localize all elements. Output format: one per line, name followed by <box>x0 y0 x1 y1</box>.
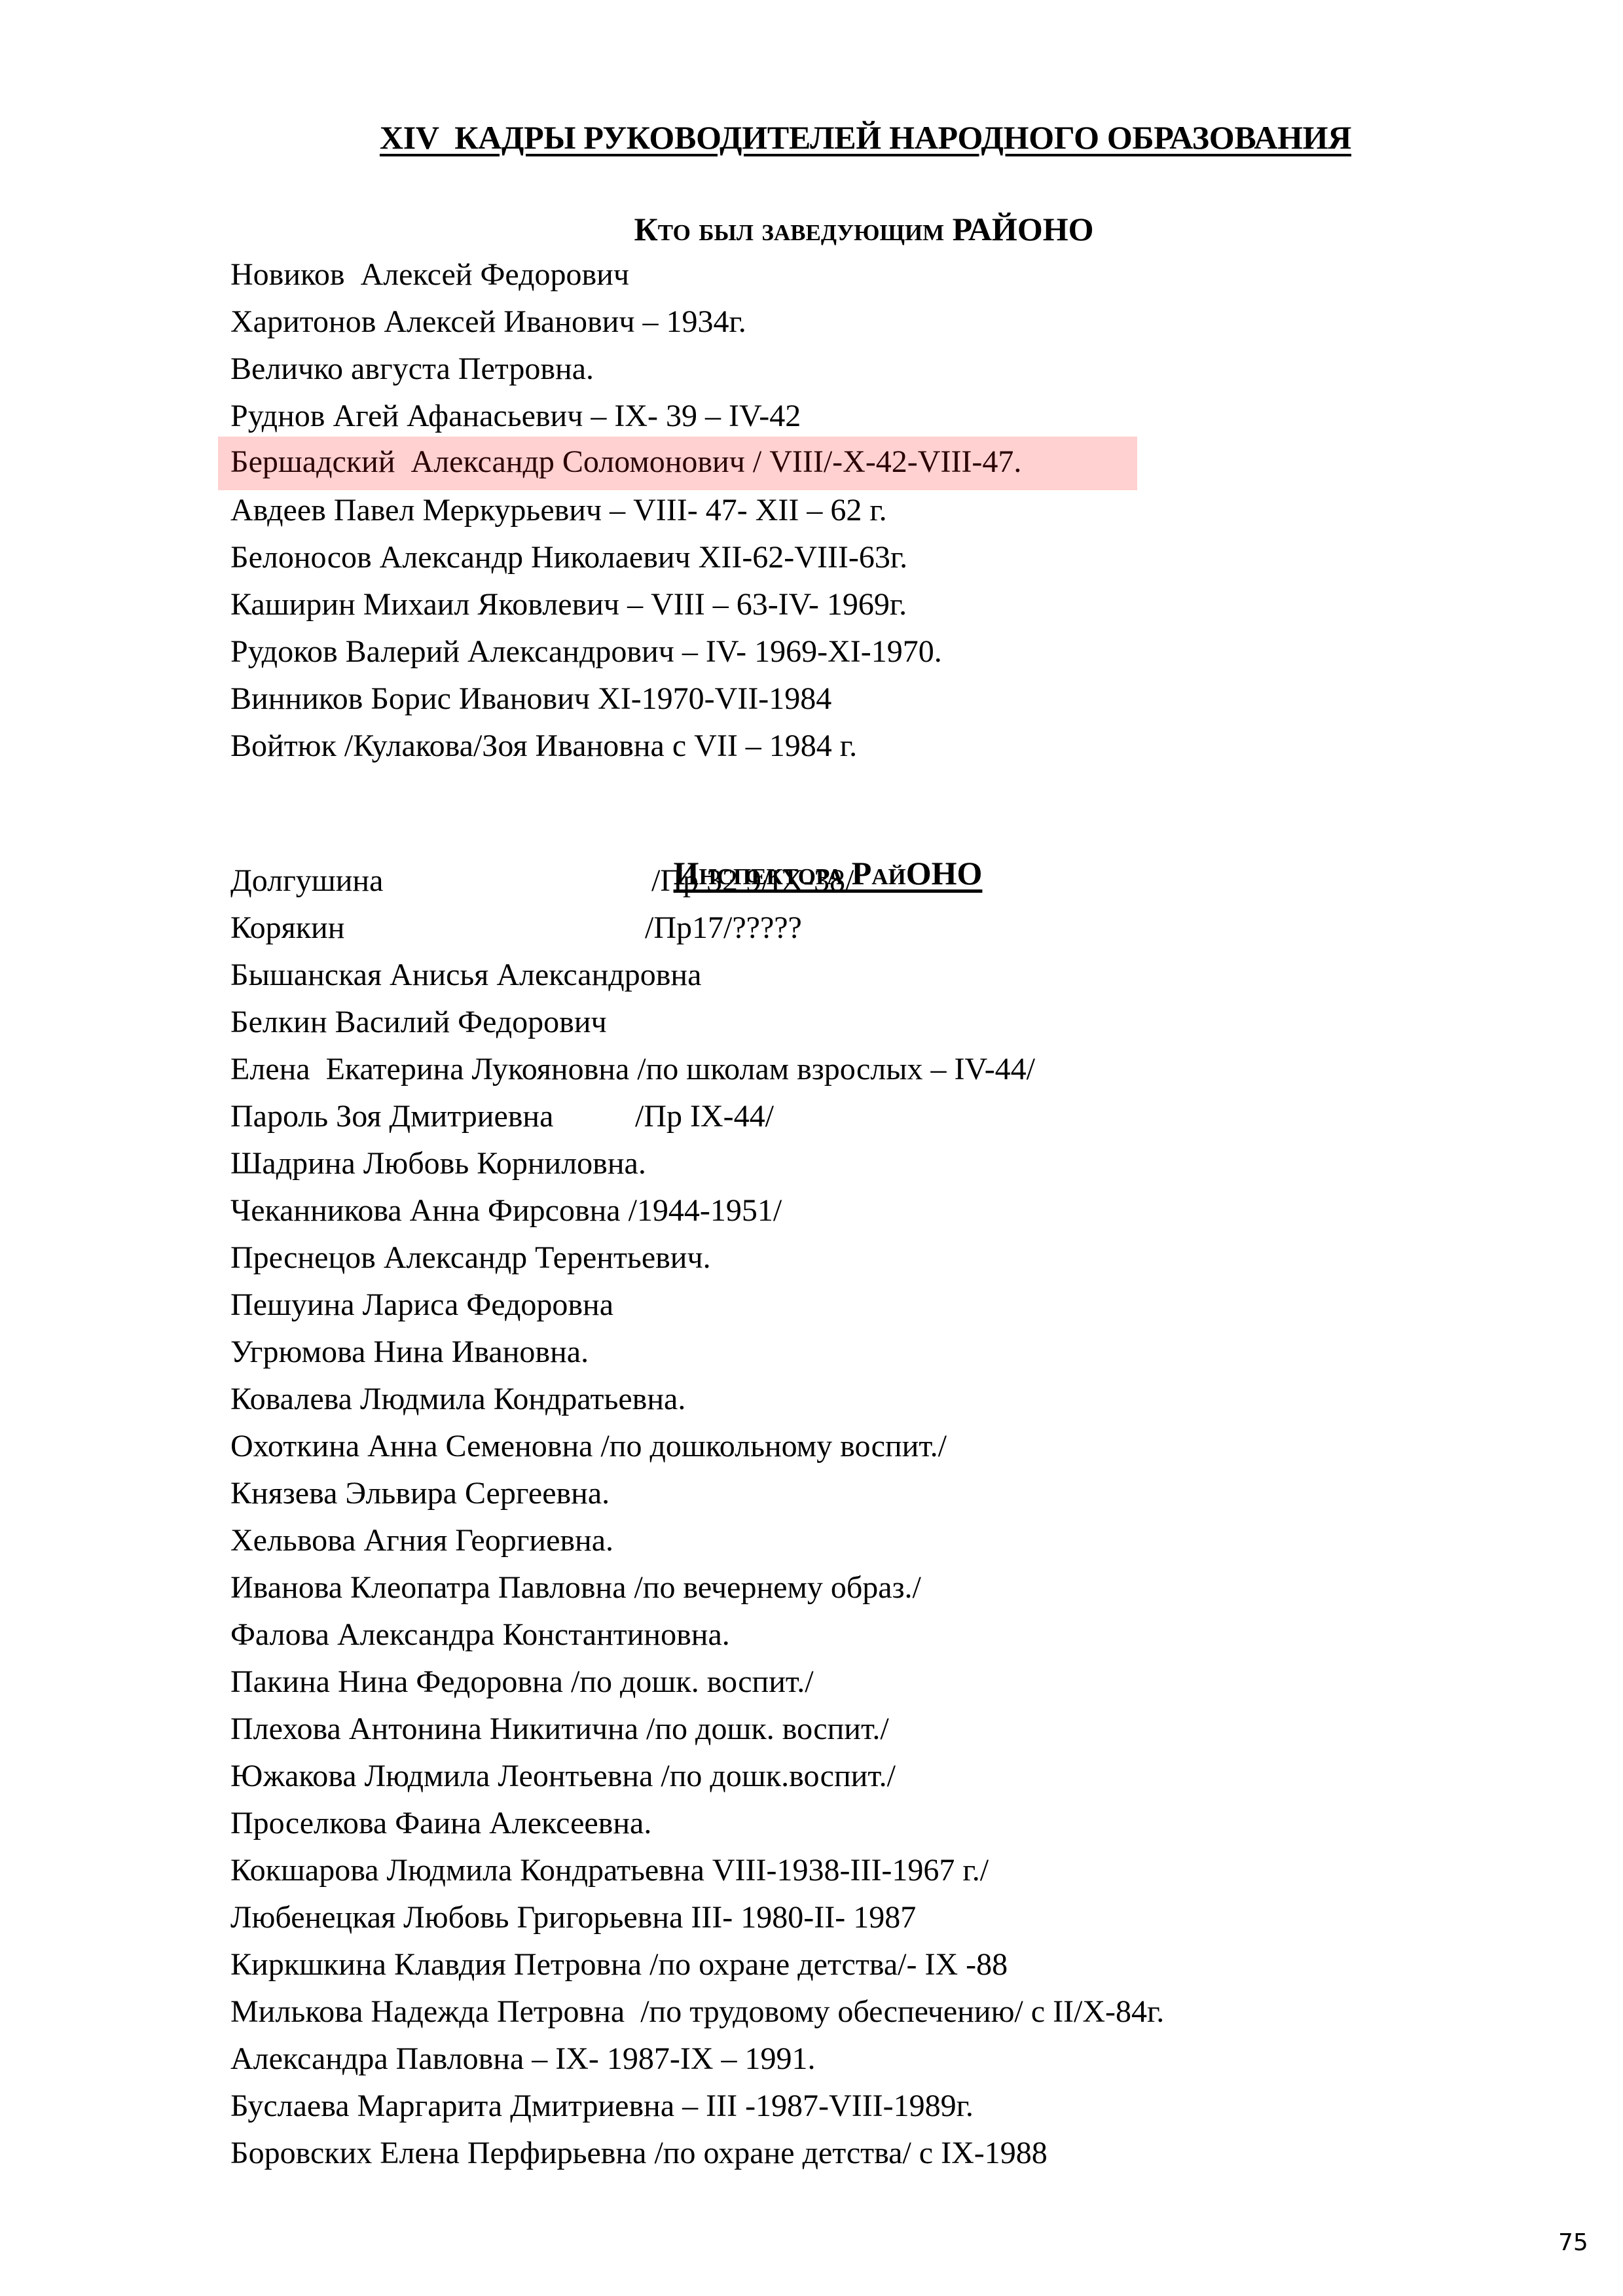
list-item: Угрюмова Нина Ивановна. <box>230 1329 1164 1376</box>
directors-list: Новиков Алексей ФедоровичХаритонов Алекс… <box>230 251 1137 770</box>
list-item: Авдеев Павел Меркурьевич – VIII- 47- XII… <box>230 487 1137 534</box>
order-note: /Пр IX-44/ <box>635 1093 774 1140</box>
list-item: Елена Екатерина Лукояновна /по школам вз… <box>230 1046 1164 1093</box>
inspectors-list: Долгушина/Пр 32 9/IX-38/Корякин/Пр17/???… <box>230 857 1164 2177</box>
list-item: Плехова Антонина Никитична /по дошк. вос… <box>230 1706 1164 1753</box>
list-item: Рудоков Валерий Александрович – IV- 1969… <box>230 628 1137 675</box>
list-item: Величко августа Петровна. <box>230 346 1137 393</box>
page-number: 75 <box>1558 2229 1588 2257</box>
directors-heading: Кто был заведующим РАЙОНО <box>52 208 1623 250</box>
list-item: Белкин Василий Федорович <box>230 999 1164 1046</box>
list-item: Александра Павловна – IX- 1987-IX – 1991… <box>230 2036 1164 2083</box>
list-item: Харитонов Алексей Иванович – 1934г. <box>230 298 1137 346</box>
list-item: Хельвова Агния Георгиевна. <box>230 1517 1164 1564</box>
highlighted-list-item: Бершадский Александр Соломонович / VIII/… <box>218 437 1137 490</box>
list-item: Южакова Людмила Леонтьевна /по дошк.восп… <box>230 1753 1164 1800</box>
list-item: Бышанская Анисья Александровна <box>230 952 1164 999</box>
list-item: Любенецкая Любовь Григорьевна III- 1980-… <box>230 1894 1164 1941</box>
list-item: Шадрина Любовь Корниловна. <box>230 1140 1164 1187</box>
page-title: XIV КАДРЫ РУКОВОДИТЕЛЕЙ НАРОДНОГО ОБРАЗО… <box>329 117 1402 158</box>
person-name: Пароль Зоя Дмитриевна <box>230 1099 553 1134</box>
order-note: /Пр 32 9/IX-38/ <box>651 857 854 905</box>
list-item: Руднов Агей Афанасьевич – IX- 39 – IV-42 <box>230 393 1137 440</box>
list-item: Пешуина Лариса Федоровна <box>230 1282 1164 1329</box>
list-item: Пароль Зоя Дмитриевна/Пр IX-44/ <box>230 1093 1164 1140</box>
list-item: Боровских Елена Перфирьевна /по охране д… <box>230 2130 1164 2177</box>
list-item: Преснецов Александр Терентьевич. <box>230 1234 1164 1282</box>
list-item: Охоткина Анна Семеновна /по дошкольному … <box>230 1423 1164 1470</box>
order-note: /Пр17/????? <box>645 905 802 952</box>
person-name: Корякин <box>230 910 344 945</box>
list-item: Ковалева Людмила Кондратьевна. <box>230 1376 1164 1423</box>
list-item: Долгушина/Пр 32 9/IX-38/ <box>230 857 1164 905</box>
person-name: Долгушина <box>230 863 383 898</box>
list-item: Белоносов Александр Николаевич XII-62-VI… <box>230 534 1137 581</box>
list-item: Проселкова Фаина Алексеевна. <box>230 1800 1164 1847</box>
list-item: Кокшарова Людмила Кондратьевна VIII-1938… <box>230 1847 1164 1894</box>
list-item: Буслаева Маргарита Дмитриевна – III -198… <box>230 2083 1164 2130</box>
list-item: Киркшкина Клавдия Петровна /по охране де… <box>230 1941 1164 1988</box>
list-item: Чеканникова Анна Фирсовна /1944-1951/ <box>230 1187 1164 1234</box>
list-item: Каширин Михаил Яковлевич – VIII – 63-IV-… <box>230 581 1137 628</box>
list-item: Фалова Александра Константиновна. <box>230 1611 1164 1659</box>
list-item: Князева Эльвира Сергеевна. <box>230 1470 1164 1517</box>
list-item: Винников Борис Иванович XI-1970-VII-1984 <box>230 675 1137 723</box>
list-item: Корякин/Пр17/????? <box>230 905 1164 952</box>
list-item: Милькова Надежда Петровна /по трудовому … <box>230 1988 1164 2036</box>
document-page: XIV КАДРЫ РУКОВОДИТЕЛЕЙ НАРОДНОГО ОБРАЗО… <box>0 0 1623 2296</box>
list-item: Войтюк /Кулакова/Зоя Ивановна с VII – 19… <box>230 723 1137 770</box>
list-item: Пакина Нина Федоровна /по дошк. воспит./ <box>230 1659 1164 1706</box>
list-item: Новиков Алексей Федорович <box>230 251 1137 298</box>
list-item: Иванова Клеопатра Павловна /по вечернему… <box>230 1564 1164 1611</box>
